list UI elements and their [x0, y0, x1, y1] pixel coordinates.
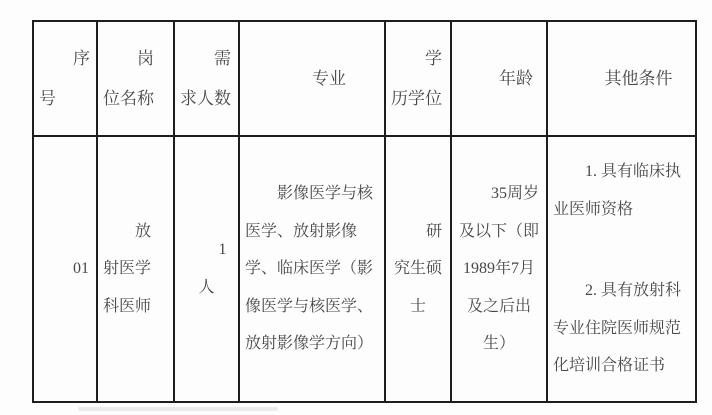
cell-xuhao: 01 [33, 136, 97, 402]
recruitment-table: 序 号 岗 位名称 需 求人数 专业 学 历学位 年龄 其他条件 [32, 20, 697, 403]
header-label-xueli: 学 历学位 [391, 39, 445, 119]
header-cell-gangwei: 岗 位名称 [97, 21, 174, 136]
cell-text-gangwei: 放 射医学 科医师 [103, 213, 168, 326]
cell-text-qita-item2: 2. 具有放射科 专业住院医师规范 化培训合格证书 [553, 272, 690, 385]
header-label-nianling: 年龄 [457, 59, 541, 99]
header-label-gangwei: 岗 位名称 [103, 39, 168, 119]
cell-text-qita-item1: 1. 具有临床执 业医师资格 [553, 153, 690, 228]
header-label-xuhao: 序 号 [39, 39, 91, 119]
scanned-document-page: 序 号 岗 位名称 需 求人数 专业 学 历学位 年龄 其他条件 [0, 0, 712, 415]
cell-text-xuhao: 01 [39, 250, 91, 288]
header-cell-xuhao: 序 号 [33, 21, 97, 136]
cell-text-xueli: 研 究生硕 士 [391, 213, 445, 326]
data-row: 01 放 射医学 科医师 1人 影像医学与核 医学、放射影像 学、临床医学（影 … [33, 136, 696, 402]
cell-text-xuqiu: 1人 [180, 231, 233, 306]
cell-text-zhuanye: 影像医学与核 医学、放射影像 学、临床医学（影 像医学与核医学、 放射影像学方向… [245, 175, 379, 363]
scan-artifact-smudge [78, 407, 278, 411]
header-label-xuqiu: 需 求人数 [180, 39, 233, 119]
header-cell-xuqiu: 需 求人数 [174, 21, 239, 136]
header-label-qita: 其他条件 [553, 59, 690, 99]
cell-zhuanye: 影像医学与核 医学、放射影像 学、临床医学（影 像医学与核医学、 放射影像学方向… [239, 136, 385, 402]
header-cell-xueli: 学 历学位 [385, 21, 451, 136]
header-label-zhuanye: 专业 [245, 59, 379, 99]
header-cell-nianling: 年龄 [451, 21, 547, 136]
cell-gangwei: 放 射医学 科医师 [97, 136, 174, 402]
cell-nianling: 35周岁 及以下（即 1989年7月 及之后出 生） [451, 136, 547, 402]
cell-qita: 1. 具有临床执 业医师资格 2. 具有放射科 专业住院医师规范 化培训合格证书 [547, 136, 696, 402]
cell-xuqiu: 1人 [174, 136, 239, 402]
header-cell-qita: 其他条件 [547, 21, 696, 136]
header-row: 序 号 岗 位名称 需 求人数 专业 学 历学位 年龄 其他条件 [33, 21, 696, 136]
header-cell-zhuanye: 专业 [239, 21, 385, 136]
cell-xueli: 研 究生硕 士 [385, 136, 451, 402]
cell-text-nianling: 35周岁 及以下（即 1989年7月 及之后出 生） [457, 175, 541, 363]
